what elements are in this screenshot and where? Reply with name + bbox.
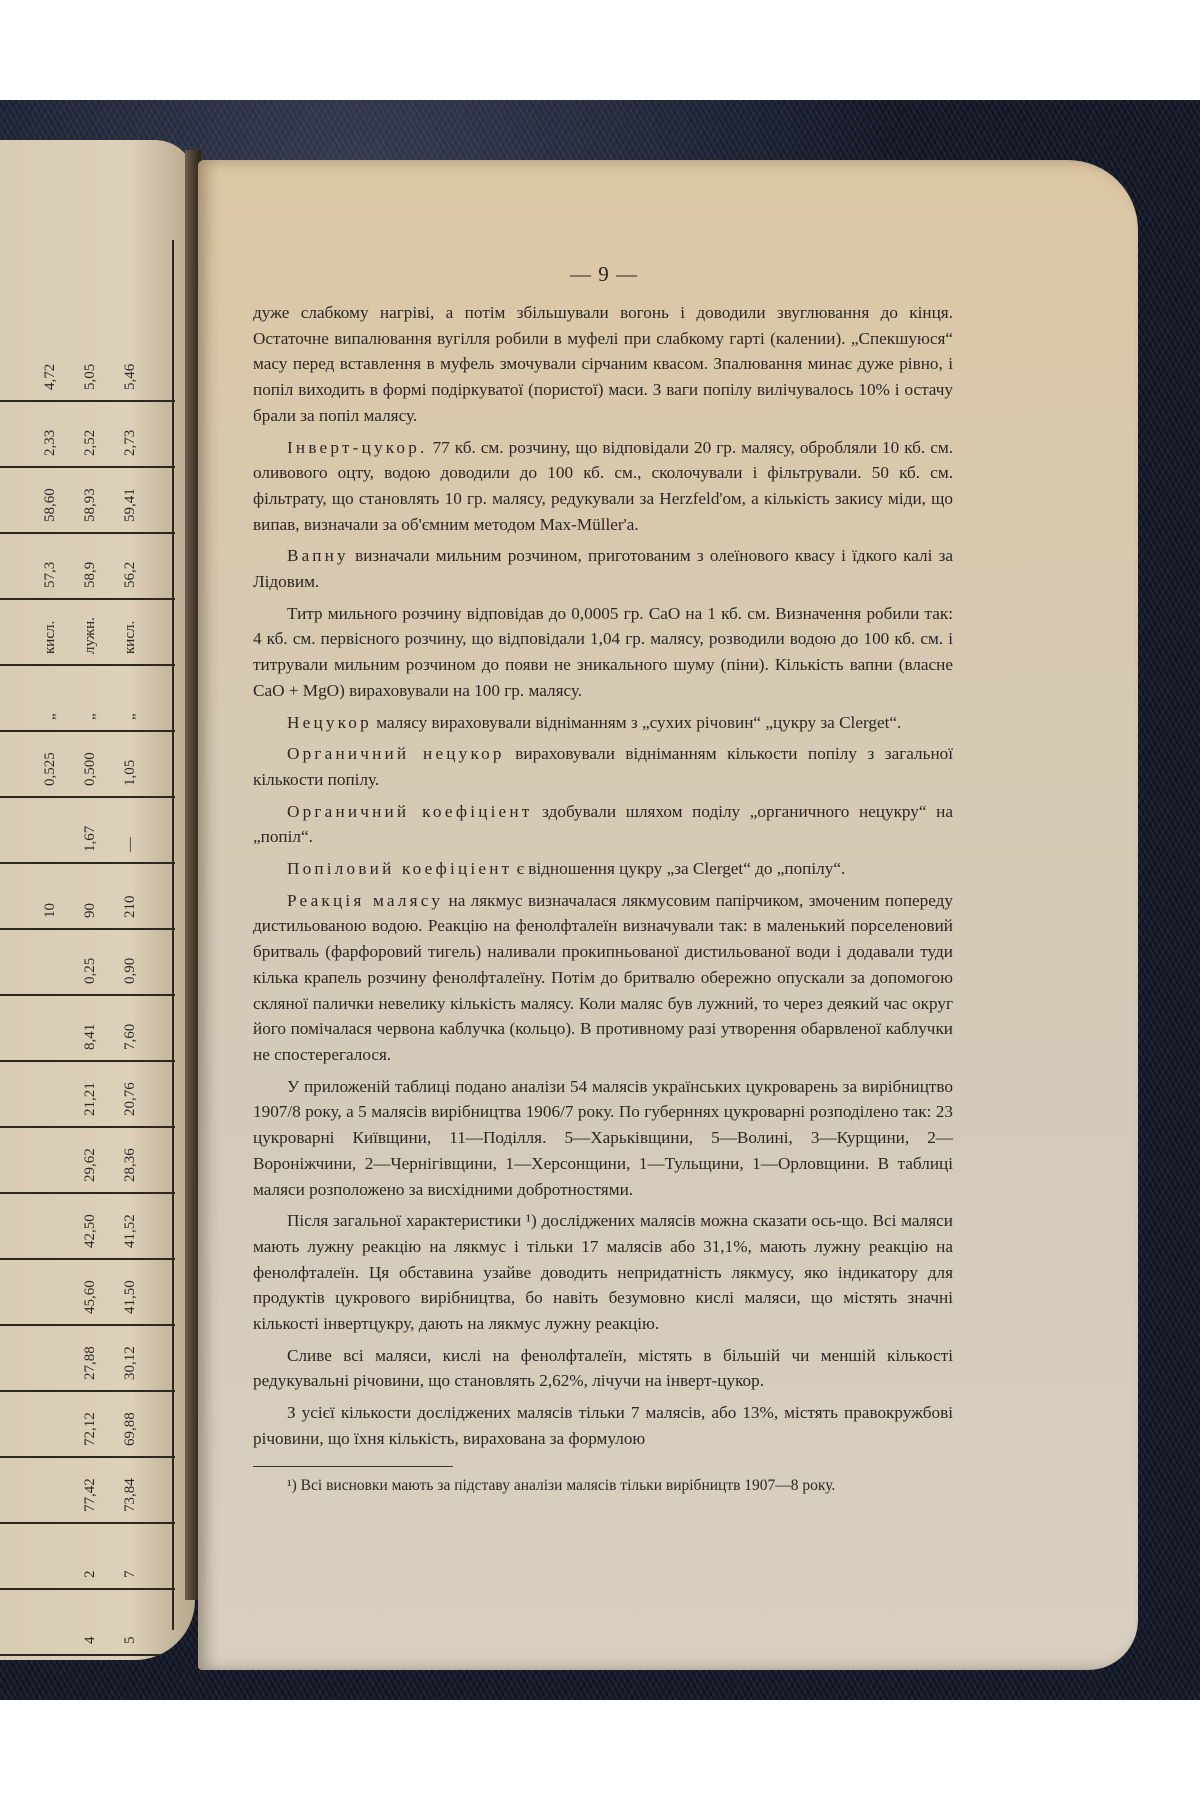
table-rule xyxy=(0,1060,175,1062)
table-cell: 0,500 xyxy=(82,752,99,786)
paragraph: Нецукор малясу вираховували відніманням … xyxy=(253,710,953,736)
table-rule xyxy=(0,664,175,666)
body-text: дуже слабкому нагріві, а потім збільшува… xyxy=(253,300,953,1503)
table-cell: 20,76 xyxy=(122,1082,139,1116)
paragraph: З усієї кількости досліджених малясів ті… xyxy=(253,1400,953,1451)
paragraph: дуже слабкому нагріві, а потім збільшува… xyxy=(253,300,953,429)
table-cell: 45,60 xyxy=(82,1280,99,1314)
table-cell: 5,46 xyxy=(122,364,139,390)
table-cell: 1,67 xyxy=(82,826,99,852)
table-rule xyxy=(0,1324,175,1326)
footnote: ¹) Всі висновки мають за підставу аналіз… xyxy=(253,1475,953,1497)
table-cell: 2,73 xyxy=(122,430,139,456)
table-cell: 90 xyxy=(82,903,99,918)
table-cell: 10 xyxy=(42,903,59,918)
table-rule xyxy=(0,1126,175,1128)
paragraph-text: У приложеній таблиці подано аналізи 54 м… xyxy=(253,1077,953,1199)
page-number: — 9 — xyxy=(570,262,638,287)
table-cell: 8,41 xyxy=(82,1024,99,1050)
table-rule xyxy=(0,466,175,468)
paragraph-text: визначали мильним розчином, приготованим… xyxy=(253,546,953,591)
table-cell: 69,88 xyxy=(122,1412,139,1446)
table-cell: „ xyxy=(82,713,99,720)
paragraph-lead-term: Вапну xyxy=(287,546,349,565)
paragraph-text: на лякмус визначалася лякмусовим папірчи… xyxy=(253,891,953,1064)
paragraph-lead-term: Органичний коефіціент xyxy=(287,802,533,821)
paragraph-text: З усієї кількости досліджених малясів ті… xyxy=(253,1403,953,1448)
table-cell: „ xyxy=(42,713,59,720)
table-cell: 29,62 xyxy=(82,1148,99,1182)
table-rule xyxy=(0,400,175,402)
table-cell: 5,05 xyxy=(82,364,99,390)
table-rule xyxy=(0,1258,175,1260)
paragraph-text: Сливе всі маляси, кислі на фенолфталеїн,… xyxy=(253,1346,953,1391)
paragraph: Органичний нецукор вираховували відніман… xyxy=(253,741,953,792)
table-cell: 7 xyxy=(122,1571,139,1579)
table-border xyxy=(172,240,174,1630)
paragraph: Вапну визначали мильним розчином, пригот… xyxy=(253,543,953,594)
table-cell: 0,90 xyxy=(122,958,139,984)
table-cell: 7,60 xyxy=(122,1024,139,1050)
paragraph: Реакція малясу на лякмус визначалася ляк… xyxy=(253,888,953,1068)
table-cell: 0,25 xyxy=(82,958,99,984)
table-cell: 58,93 xyxy=(82,488,99,522)
left-page: 4,725,055,462,332,522,7358,6058,9359,415… xyxy=(0,140,195,1660)
table-rule xyxy=(0,862,175,864)
table-cell: 4 xyxy=(82,1637,99,1645)
paragraph-text: малясу вираховували відніманням з „сухих… xyxy=(372,713,901,732)
table-cell: 73,84 xyxy=(122,1478,139,1512)
table-cell: 41,52 xyxy=(122,1214,139,1248)
paragraph-text: дуже слабкому нагріві, а потім збільшува… xyxy=(253,303,953,425)
table-cell: кисл. xyxy=(122,621,139,654)
table-rule xyxy=(0,1522,175,1524)
table-cell: 0,525 xyxy=(42,752,59,786)
table-rule xyxy=(0,796,175,798)
table-rule xyxy=(0,1390,175,1392)
paragraph-text: Титр мильного розчину відповідав до 0,00… xyxy=(253,604,953,700)
table-cell: 58,60 xyxy=(42,488,59,522)
table-cell: 5 xyxy=(122,1637,139,1645)
paragraph-lead-term: Органичний нецукор xyxy=(287,744,505,763)
paragraph-text: Після загальної характеристики ¹) дослід… xyxy=(253,1211,953,1333)
table-cell: 57,3 xyxy=(42,562,59,588)
table-cell: 210 xyxy=(122,896,139,919)
table-cell: 72,12 xyxy=(82,1412,99,1446)
table-cell: 30,12 xyxy=(122,1346,139,1380)
table-cell: 42,50 xyxy=(82,1214,99,1248)
table-rule xyxy=(0,532,175,534)
table-cell: 2,33 xyxy=(42,430,59,456)
paragraph-text: є відношення цукру „за Clerget“ до „попі… xyxy=(512,859,845,878)
table-cell: 77,42 xyxy=(82,1478,99,1512)
table-cell: 2,52 xyxy=(82,430,99,456)
table-cell: 58,9 xyxy=(82,562,99,588)
table-rule xyxy=(0,1192,175,1194)
paragraph: У приложеній таблиці подано аналізи 54 м… xyxy=(253,1074,953,1203)
paragraph-lead-term: Інверт-цукор. xyxy=(287,438,428,457)
table-cell: 59,41 xyxy=(122,488,139,522)
table-cell: — xyxy=(122,837,139,852)
paragraph: Інверт-цукор. 77 кб. см. розчину, що від… xyxy=(253,435,953,538)
table-cell: 41,50 xyxy=(122,1280,139,1314)
paragraph: Попіловий коефіціент є відношення цукру … xyxy=(253,856,953,882)
paragraph: Титр мильного розчину відповідав до 0,00… xyxy=(253,601,953,704)
table-cell: „ xyxy=(122,713,139,720)
paragraph-lead-term: Нецукор xyxy=(287,713,372,732)
footnote-divider xyxy=(253,1466,453,1467)
table-cell: 4,72 xyxy=(42,364,59,390)
table-rule xyxy=(0,928,175,930)
table-rule xyxy=(0,598,175,600)
table-cell: 27,88 xyxy=(82,1346,99,1380)
table-cell: кисл. xyxy=(42,621,59,654)
paragraph-lead-term: Реакція малясу xyxy=(287,891,443,910)
table-rule xyxy=(0,1588,175,1590)
table-rule xyxy=(0,1456,175,1458)
table-cell: 1,05 xyxy=(122,760,139,786)
table-cell: 21,21 xyxy=(82,1082,99,1116)
table-rule xyxy=(0,730,175,732)
table-cell: лужн. xyxy=(82,617,99,654)
table-cell: 56,2 xyxy=(122,562,139,588)
paragraph: Після загальної характеристики ¹) дослід… xyxy=(253,1208,953,1337)
table-rule xyxy=(0,1654,175,1656)
paragraph-lead-term: Попіловий коефіціент xyxy=(287,859,512,878)
table-rule xyxy=(0,994,175,996)
table-cell: 28,36 xyxy=(122,1148,139,1182)
table-cell: 2 xyxy=(82,1571,99,1579)
paragraph: Сливе всі маляси, кислі на фенолфталеїн,… xyxy=(253,1343,953,1394)
paragraph: Органичний коефіціент здобували шляхом п… xyxy=(253,799,953,850)
